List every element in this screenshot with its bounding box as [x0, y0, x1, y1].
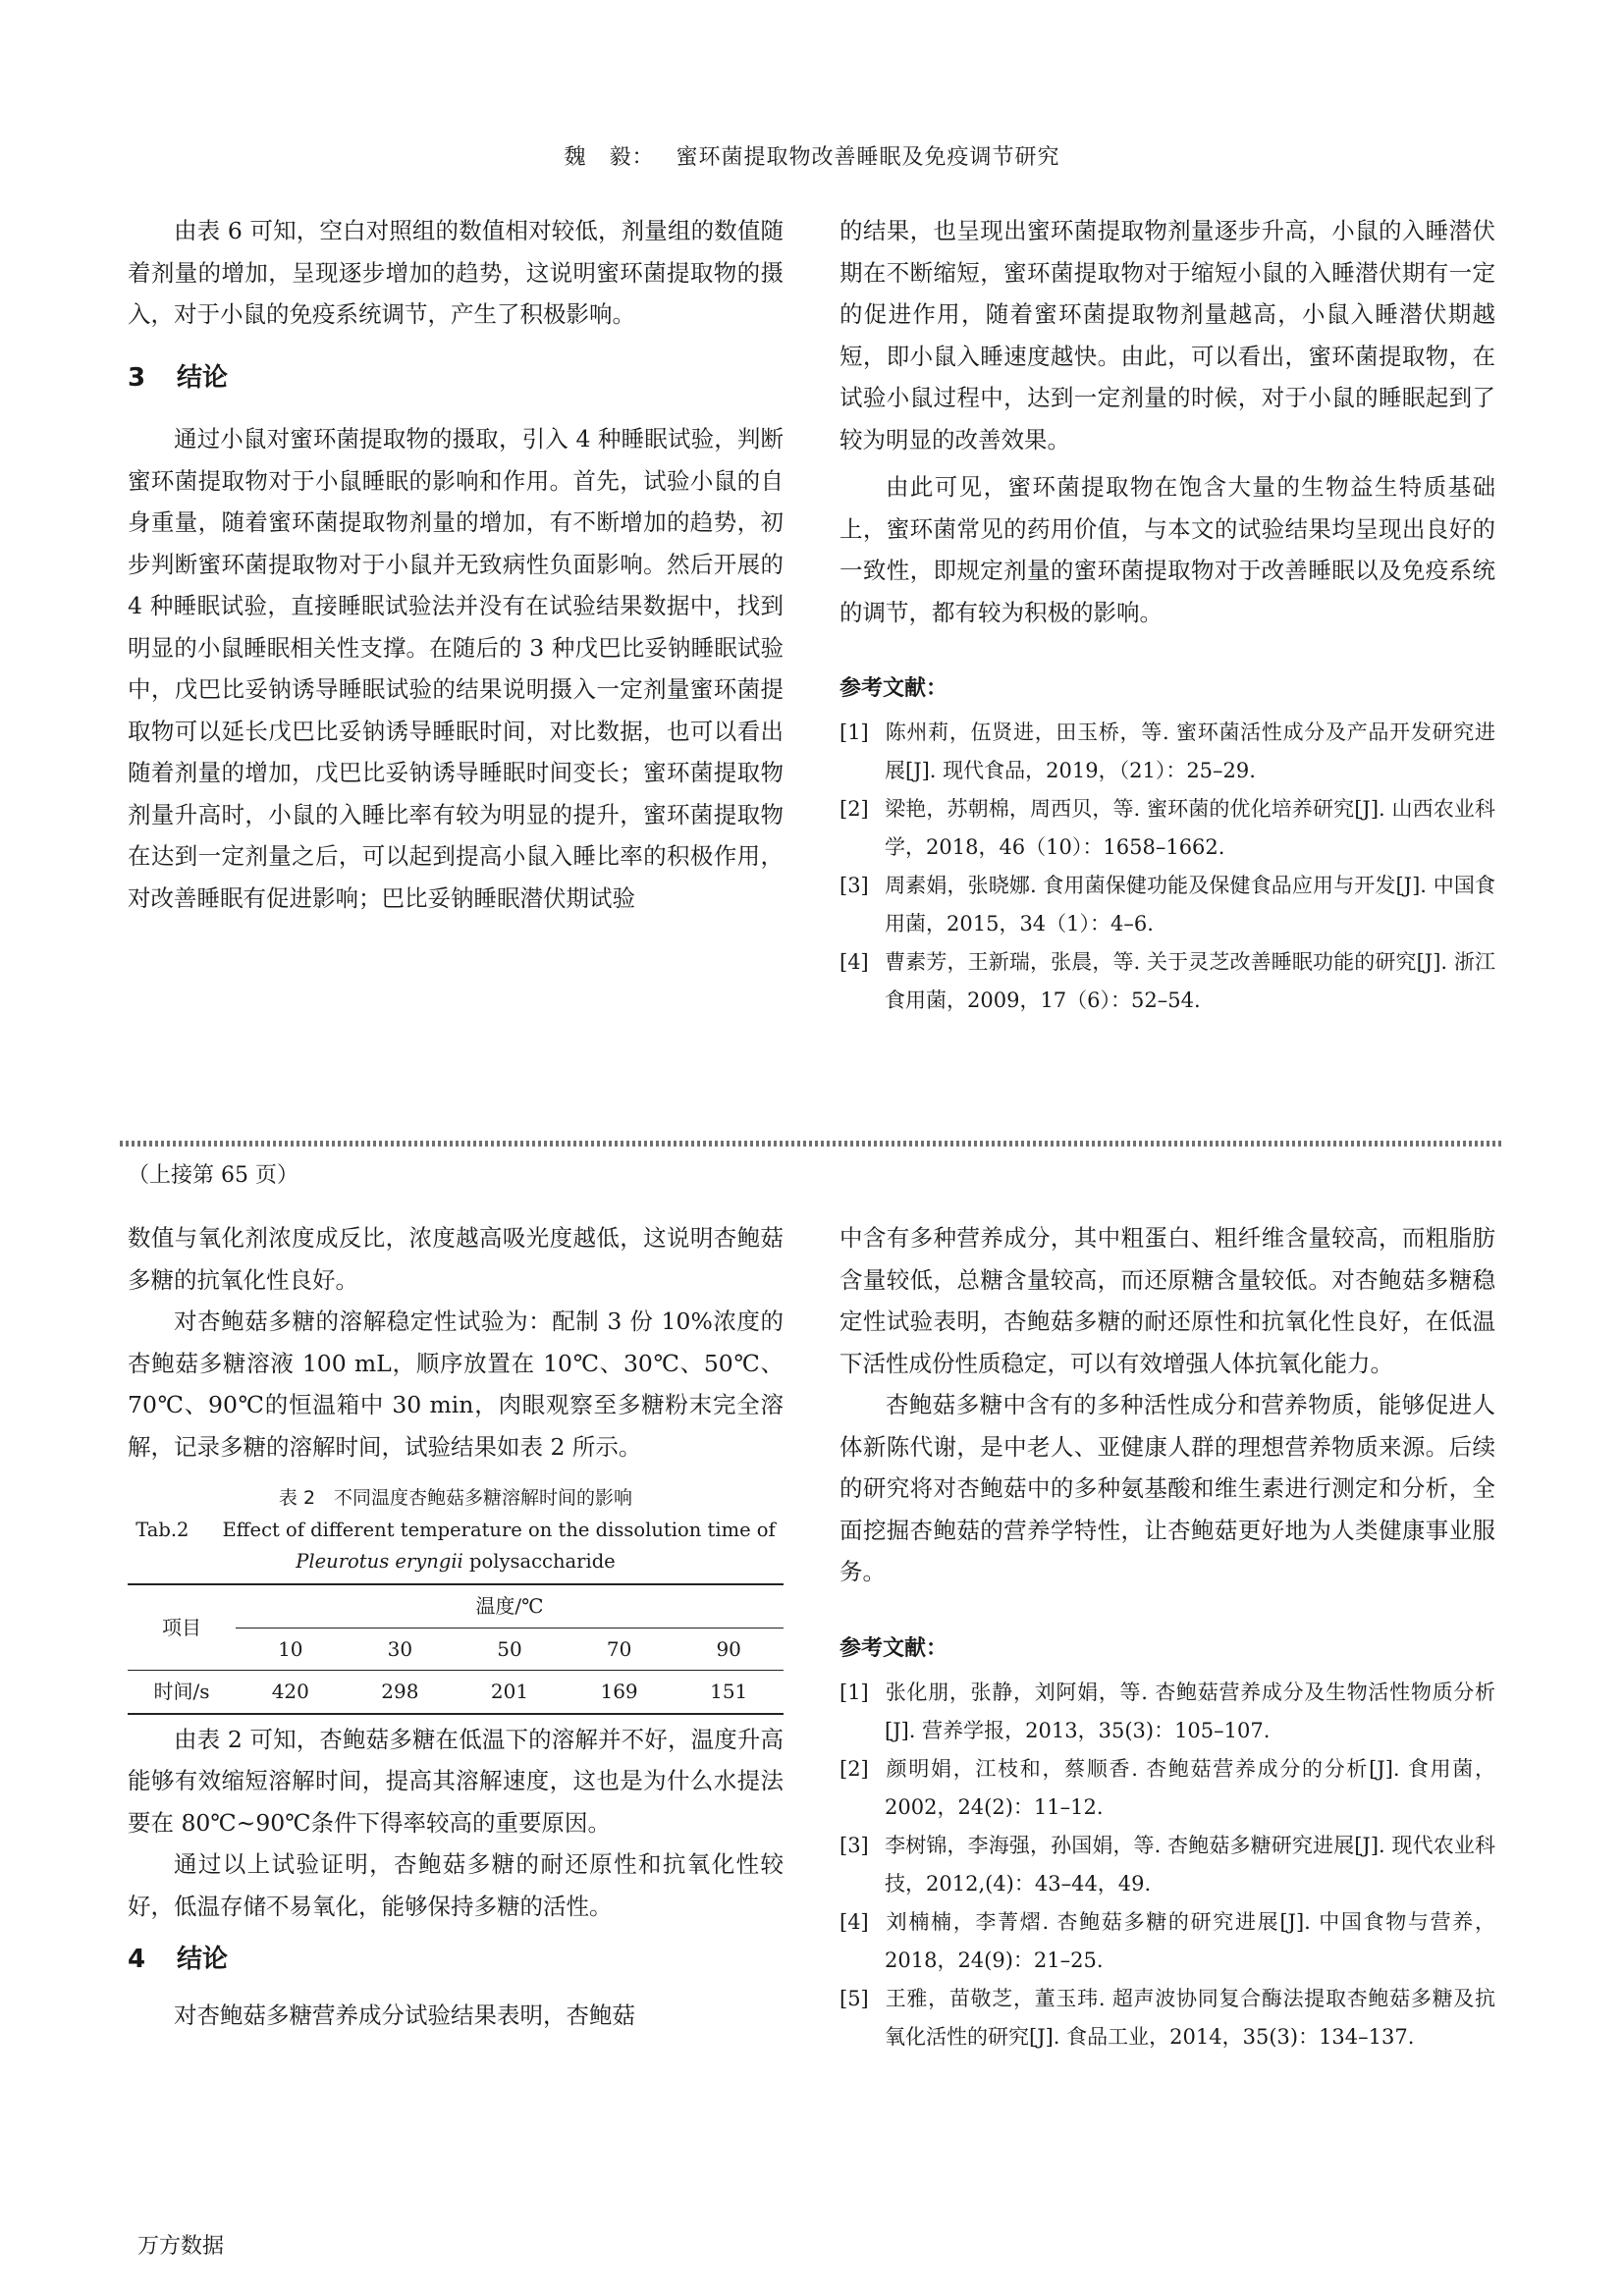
reference-item: [5]王雅，苗敬芝，董玉玮. 超声波协同复合酶法提取杏鲍菇多糖及抗氧化活性的研究…	[839, 1980, 1495, 2056]
top-right-column: 的结果，也呈现出蜜环菌提取物剂量逐步升高，小鼠的入睡潜伏期在不断缩短，蜜环菌提取…	[839, 210, 1495, 1020]
paragraph: 的结果，也呈现出蜜环菌提取物剂量逐步升高，小鼠的入睡潜伏期在不断缩短，蜜环菌提取…	[839, 210, 1495, 460]
reference-text: 陈州莉，伍贤进，田玉桥，等. 蜜环菌活性成分及产品开发研究进展[J]. 现代食品…	[885, 721, 1495, 782]
section-title: 结论	[177, 363, 228, 393]
reference-item: [4]刘楠楠，李菁熠. 杏鲍菇多糖的研究进展[J]. 中国食物与营养，2018，…	[839, 1903, 1495, 1980]
row-label: 时间/s	[128, 1671, 236, 1714]
table-caption-text: Effect of different temperature on the d…	[222, 1519, 775, 1541]
reference-text: 周素娟，张晓娜. 食用菌保健功能及保健食品应用与开发[J]. 中国食用菌，201…	[885, 874, 1495, 935]
paragraph: 对杏鲍菇多糖的溶解稳定性试验为：配制 3 份 10%浓度的杏鲍菇多糖溶液 100…	[128, 1301, 784, 1468]
group-header: 温度/℃	[236, 1584, 784, 1628]
paragraph: 杏鲍菇多糖中含有的多种活性成分和营养物质，能够促进人体新陈代谢，是中老人、亚健康…	[839, 1384, 1495, 1593]
table-row: 时间/s 420 298 201 169 151	[128, 1671, 784, 1714]
paragraph: 对杏鲍菇多糖营养成分试验结果表明，杏鲍菇	[128, 1995, 784, 2037]
species-name: Pleurotus eryngii	[296, 1550, 463, 1573]
paragraph: 由表 2 可知，杏鲍菇多糖在低温下的溶解并不好，温度升高能够有效缩短溶解时间，提…	[128, 1719, 784, 1844]
paragraph: 中含有多种营养成分，其中粗蛋白、粗纤维含量较高，而粗脂肪含量较低，总糖含量较高，…	[839, 1217, 1495, 1384]
reference-list: [1]张化朋，张静，刘阿娟，等. 杏鲍菇营养成分及生物活性物质分析[J]. 营养…	[839, 1674, 1495, 2056]
continuation-note: （上接第 65 页）	[128, 1158, 298, 1189]
reference-number: [1]	[839, 714, 885, 752]
section-title: 结论	[177, 1945, 228, 1974]
reference-list: [1]陈州莉，伍贤进，田玉桥，等. 蜜环菌活性成分及产品开发研究进展[J]. 现…	[839, 714, 1495, 1020]
reference-number: [3]	[839, 1827, 885, 1865]
reference-text: 颜明娟，江枝和，蔡顺香. 杏鲍菇营养成分的分析[J]. 食用菌，2002，24(…	[885, 1757, 1495, 1819]
reference-number: [4]	[839, 943, 885, 982]
reference-number: [3]	[839, 867, 885, 905]
paragraph: 由表 6 可知，空白对照组的数值相对较低，剂量组的数值随着剂量的增加，呈现逐步增…	[128, 210, 784, 336]
reference-item: [2]梁艳，苏朝棉，周西贝，等. 蜜环菌的优化培养研究[J]. 山西农业科学，2…	[839, 790, 1495, 867]
table-label: Tab.2	[135, 1519, 189, 1541]
top-left-column: 由表 6 可知，空白对照组的数值相对较低，剂量组的数值随着剂量的增加，呈现逐步增…	[128, 210, 784, 919]
reference-text: 刘楠楠，李菁熠. 杏鲍菇多糖的研究进展[J]. 中国食物与营养，2018，24(…	[885, 1910, 1495, 1972]
watermark-logo: 万方数据	[137, 2229, 224, 2260]
column-header: 70	[565, 1628, 675, 1671]
references-title: 参考文献：	[839, 1632, 1495, 1666]
reference-text: 王雅，苗敬芝，董玉玮. 超声波协同复合酶法提取杏鲍菇多糖及抗氧化活性的研究[J]…	[885, 1987, 1495, 2049]
column-header: 50	[455, 1628, 565, 1671]
reference-number: [4]	[839, 1903, 885, 1942]
column-header: 10	[236, 1628, 346, 1671]
article-divider	[120, 1141, 1504, 1147]
header-author: 魏 毅：	[564, 145, 654, 170]
reference-text: 李树锦，李海强，孙国娟，等. 杏鲍菇多糖研究进展[J]. 现代农业科技，2012…	[885, 1834, 1495, 1896]
reference-text: 曹素芳，王新瑞，张晨，等. 关于灵芝改善睡眠功能的研究[J]. 浙江食用菌，20…	[885, 950, 1495, 1012]
reference-item: [2]颜明娟，江枝和，蔡顺香. 杏鲍菇营养成分的分析[J]. 食用菌，2002，…	[839, 1750, 1495, 1827]
paragraph: 通过以上试验证明，杏鲍菇多糖的耐还原性和抗氧化性较好，低温存储不易氧化，能够保持…	[128, 1843, 784, 1927]
section-heading-3: 3结论	[128, 357, 784, 400]
paragraph: 由此可见，蜜环菌提取物在饱含大量的生物益生特质基础上，蜜环菌常见的药用价值，与本…	[839, 466, 1495, 633]
reference-item: [3]周素娟，张晓娜. 食用菌保健功能及保健食品应用与开发[J]. 中国食用菌，…	[839, 867, 1495, 943]
table-cell: 201	[455, 1671, 565, 1714]
running-header: 魏 毅：蜜环菌提取物改善睡眠及免疫调节研究	[0, 140, 1624, 171]
bottom-left-column: 数值与氧化剂浓度成反比，浓度越高吸光度越低，这说明杏鲍菇多糖的抗氧化性良好。 对…	[128, 1217, 784, 2036]
section-heading-4: 4结论	[128, 1939, 784, 1981]
header-title: 蜜环菌提取物改善睡眠及免疫调节研究	[677, 145, 1060, 170]
table-caption-en: Tab.2Effect of different temperature on …	[128, 1515, 784, 1577]
references-title: 参考文献：	[839, 672, 1495, 706]
paragraph: 通过小鼠对蜜环菌提取物的摄取，引入 4 种睡眠试验，判断蜜环菌提取物对于小鼠睡眠…	[128, 418, 784, 919]
reference-item: [1]张化朋，张静，刘阿娟，等. 杏鲍菇营养成分及生物活性物质分析[J]. 营养…	[839, 1674, 1495, 1750]
table-cell: 298	[346, 1671, 456, 1714]
bottom-right-column: 中含有多种营养成分，其中粗蛋白、粗纤维含量较高，而粗脂肪含量较低，总糖含量较高，…	[839, 1217, 1495, 2056]
reference-number: [5]	[839, 1980, 885, 2018]
reference-item: [4]曹素芳，王新瑞，张晨，等. 关于灵芝改善睡眠功能的研究[J]. 浙江食用菌…	[839, 943, 1495, 1020]
dissolution-time-table: 项目 温度/℃ 10 30 50 70 90 时间/s 420 298 201 …	[128, 1583, 784, 1715]
table-caption-cn: 表 2 不同温度杏鲍菇多糖溶解时间的影响	[128, 1481, 784, 1515]
table-caption-tail: polysaccharide	[469, 1550, 616, 1573]
reference-number: [1]	[839, 1674, 885, 1712]
reference-text: 梁艳，苏朝棉，周西贝，等. 蜜环菌的优化培养研究[J]. 山西农业科学，2018…	[885, 797, 1495, 859]
reference-number: [2]	[839, 1750, 885, 1789]
reference-text: 张化朋，张静，刘阿娟，等. 杏鲍菇营养成分及生物活性物质分析[J]. 营养学报，…	[885, 1681, 1495, 1742]
paragraph: 数值与氧化剂浓度成反比，浓度越高吸光度越低，这说明杏鲍菇多糖的抗氧化性良好。	[128, 1217, 784, 1301]
section-number: 4	[128, 1939, 177, 1981]
table-cell: 151	[674, 1671, 784, 1714]
reference-number: [2]	[839, 790, 885, 828]
reference-item: [3]李树锦，李海强，孙国娟，等. 杏鲍菇多糖研究进展[J]. 现代农业科技，2…	[839, 1827, 1495, 1903]
section-number: 3	[128, 357, 177, 400]
table-cell: 169	[565, 1671, 675, 1714]
column-header: 30	[346, 1628, 456, 1671]
column-header: 90	[674, 1628, 784, 1671]
row-header: 项目	[128, 1584, 236, 1671]
table-cell: 420	[236, 1671, 346, 1714]
reference-item: [1]陈州莉，伍贤进，田玉桥，等. 蜜环菌活性成分及产品开发研究进展[J]. 现…	[839, 714, 1495, 790]
